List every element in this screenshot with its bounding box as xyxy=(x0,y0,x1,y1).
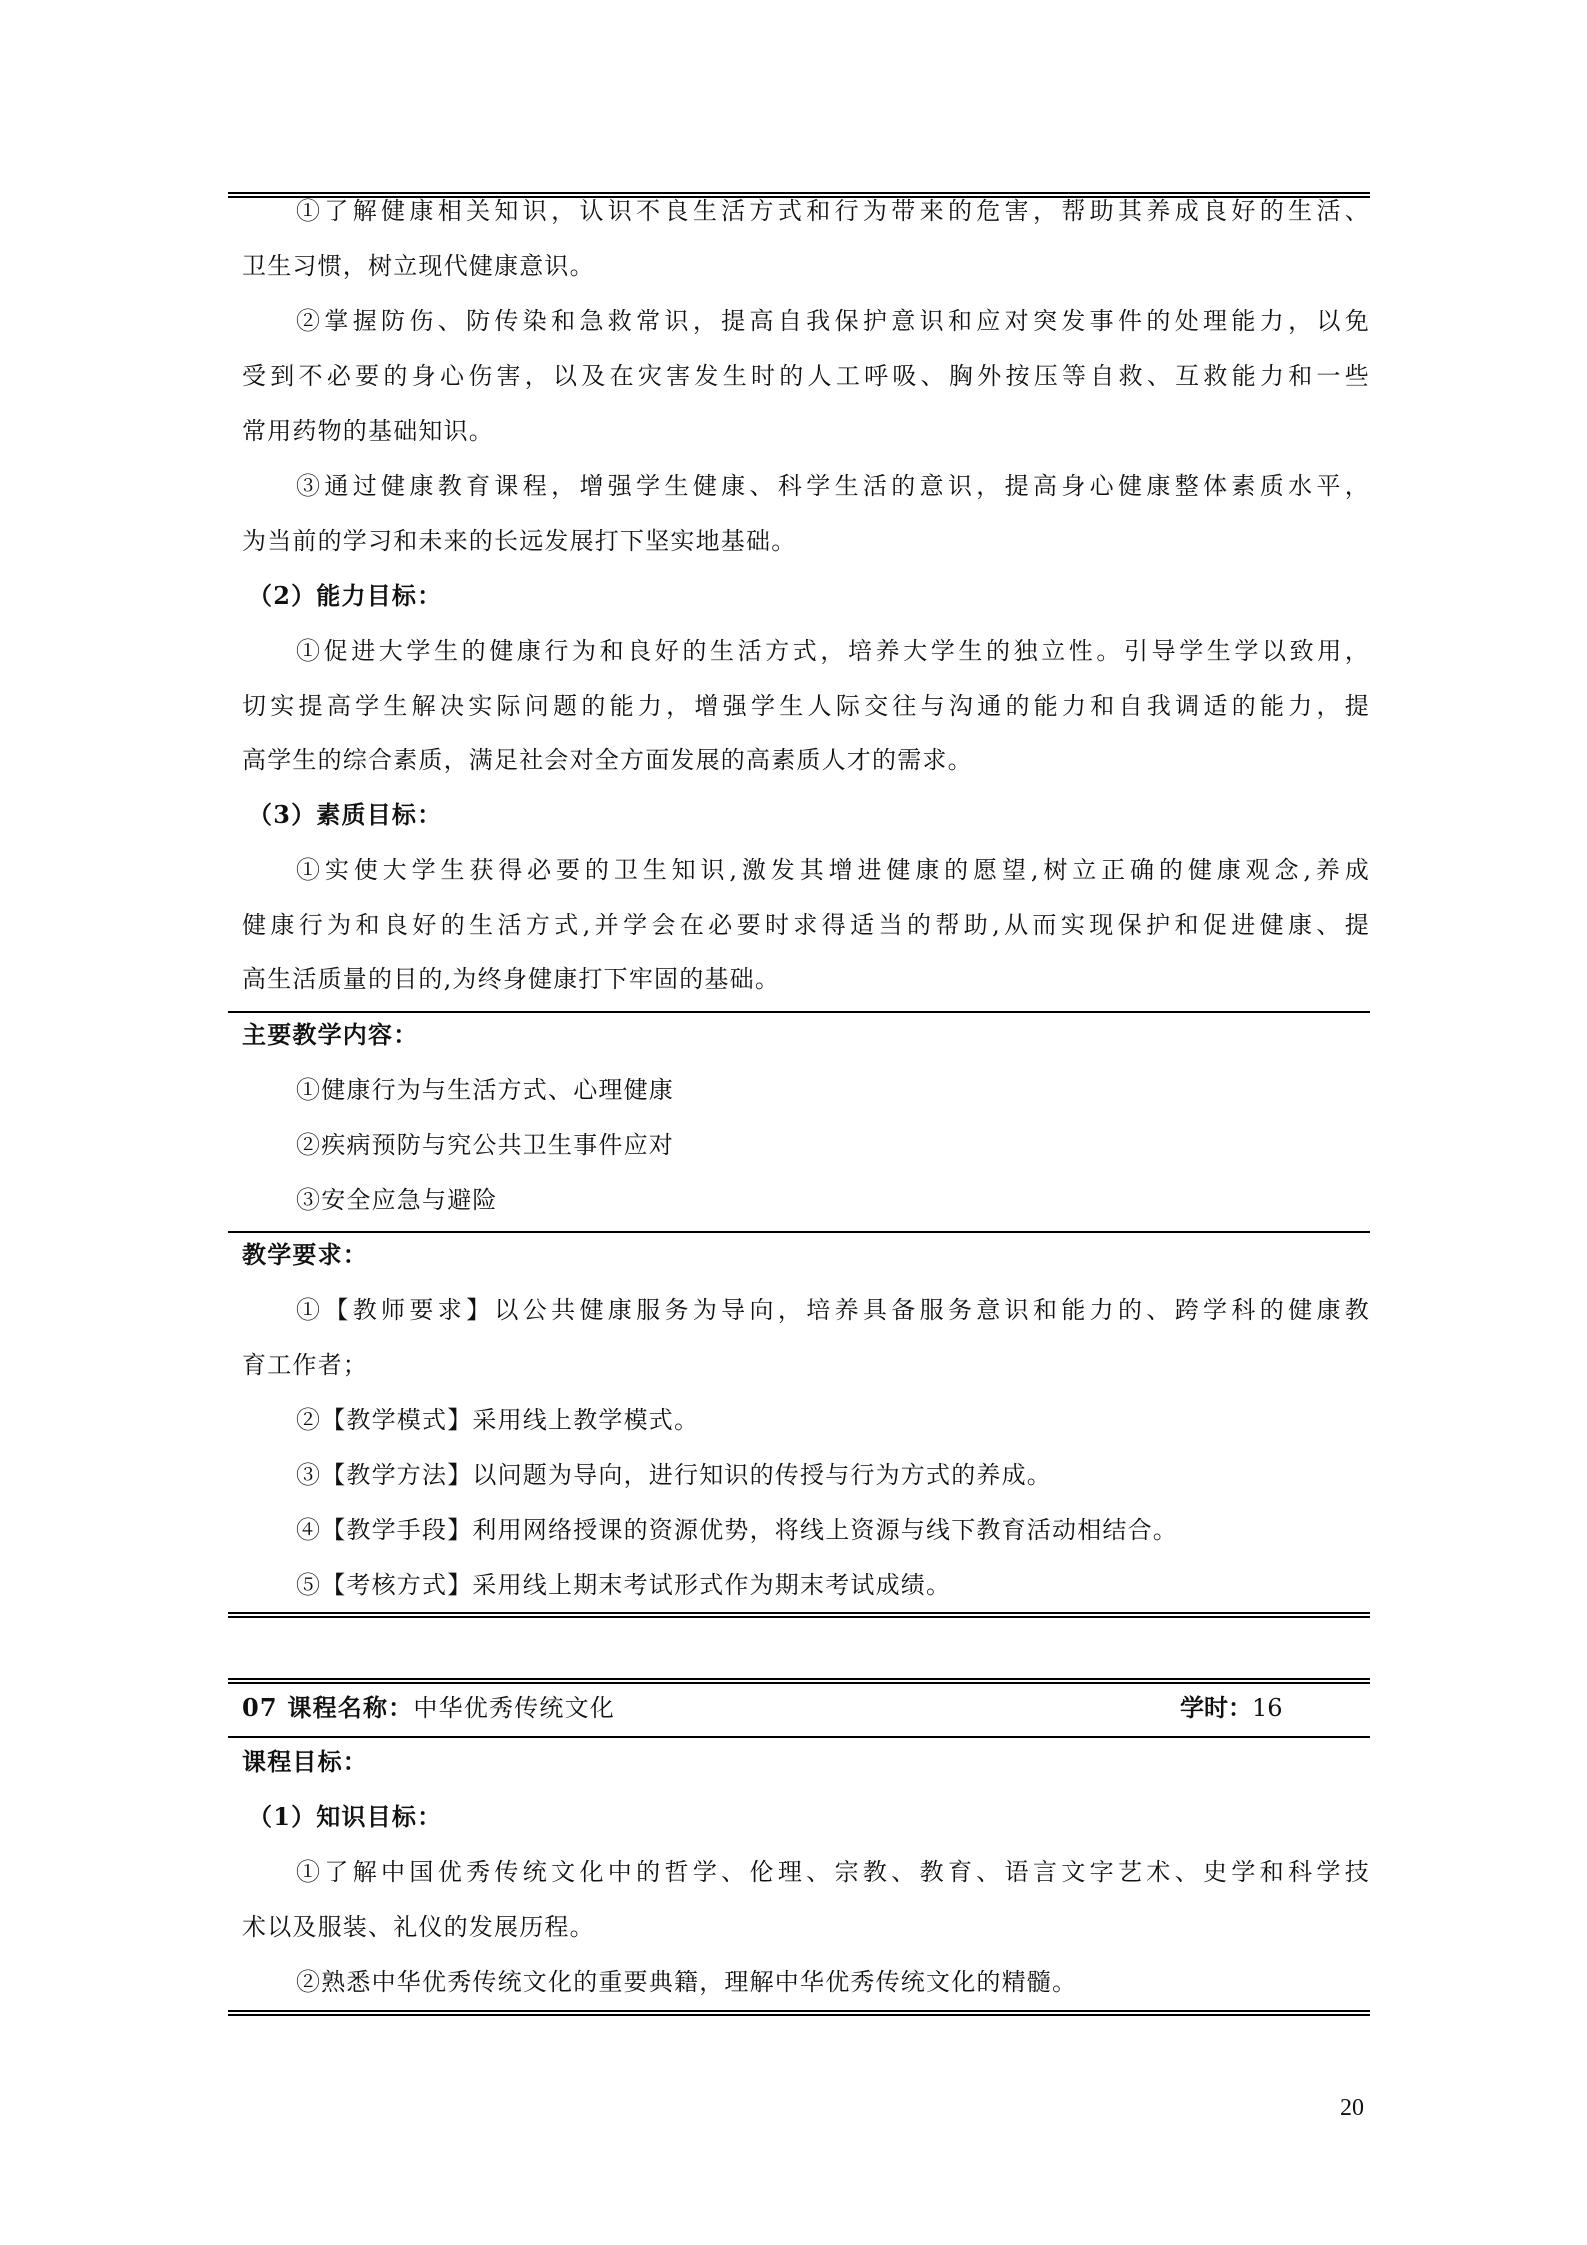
requirement-5: ⑤【考核方式】采用线上期末考试形式作为期末考试成绩。 xyxy=(296,1570,1424,1600)
requirement-1-line-1: ①【教师要求】以公共健康服务为导向，培养具备服务意识和能力的、跨学科的健康教 xyxy=(296,1295,1370,1325)
knowledge-goal-3-line-2: 为当前的学习和未来的长远发展打下坚实地基础。 xyxy=(242,526,1370,556)
section-divider xyxy=(228,1011,1370,1013)
table-bottom-border xyxy=(228,1612,1370,1618)
course-hours-label: 学时： xyxy=(1180,1693,1252,1722)
knowledge-goal-1-line-2: 卫生习惯，树立现代健康意识。 xyxy=(242,251,1370,281)
knowledge-goal-2-line-2: 受到不必要的身心伤害，以及在灾害发生时的人工呼吸、胸外按压等自救、互救能力和一些 xyxy=(242,361,1370,391)
requirements-heading: 教学要求： xyxy=(242,1240,1370,1270)
course-07-knowledge-1-line-1: ①了解中国优秀传统文化中的哲学、伦理、宗教、教育、语言文字艺术、史学和科学技 xyxy=(296,1857,1370,1887)
main-content-item-3: ③安全应急与避险 xyxy=(296,1185,1424,1215)
ability-goals-heading: （2）能力目标： xyxy=(248,581,1376,611)
page-number: 20 xyxy=(1340,2093,1364,2123)
main-content-item-2: ②疾病预防与究公共卫生事件应对 xyxy=(296,1130,1424,1160)
course-07-knowledge-1-line-2: 术以及服装、礼仪的发展历程。 xyxy=(242,1912,1370,1942)
course-07-bottom-border xyxy=(228,2010,1370,2016)
course-07-knowledge-2: ②熟悉中华优秀传统文化的重要典籍，理解中华优秀传统文化的精髓。 xyxy=(296,1967,1424,1997)
course-hours: 学时：16 xyxy=(1180,1693,1283,1723)
quality-goal-line-1: ①实使大学生获得必要的卫生知识,激发其增进健康的愿望,树立正确的健康观念,养成 xyxy=(296,855,1370,885)
quality-goal-line-3: 高生活质量的目的,为终身健康打下牢固的基础。 xyxy=(242,964,1370,994)
quality-goals-heading: （3）素质目标： xyxy=(248,800,1376,830)
course-07-knowledge-heading: （1）知识目标： xyxy=(248,1802,1376,1832)
section-divider xyxy=(228,1231,1370,1233)
main-content-item-1: ①健康行为与生活方式、心理健康 xyxy=(296,1075,1424,1105)
section-divider xyxy=(228,1736,1370,1738)
document-page: ①了解健康相关知识，认识不良生活方式和行为带来的危害，帮助其养成良好的生活、 卫… xyxy=(0,0,1587,2245)
requirement-3: ③【教学方法】以问题为导向，进行知识的传授与行为方式的养成。 xyxy=(296,1460,1424,1490)
main-content-heading: 主要教学内容： xyxy=(242,1020,1370,1050)
course-hours-value: 16 xyxy=(1252,1694,1283,1722)
course-name-label: 课程名称： xyxy=(287,1693,413,1722)
knowledge-goal-3-line-1: ③通过健康教育课程，增强学生健康、科学生活的意识，提高身心健康整体素质水平， xyxy=(296,471,1370,501)
course-number: 07 xyxy=(242,1693,278,1722)
ability-goal-line-2: 切实提高学生解决实际问题的能力，增强学生人际交往与沟通的能力和自我调适的能力，提 xyxy=(242,691,1370,721)
ability-goal-line-3: 高学生的综合素质，满足社会对全方面发展的高素质人才的需求。 xyxy=(242,745,1370,775)
knowledge-goal-1-line-1: ①了解健康相关知识，认识不良生活方式和行为带来的危害，帮助其养成良好的生活、 xyxy=(296,196,1370,226)
knowledge-goal-2-line-1: ②掌握防伤、防传染和急救常识，提高自我保护意识和应对突发事件的处理能力，以免 xyxy=(296,306,1370,336)
course-07-goals-heading: 课程目标： xyxy=(242,1747,1370,1777)
requirement-4: ④【教学手段】利用网络授课的资源优势，将线上资源与线下教育活动相结合。 xyxy=(296,1515,1424,1545)
requirement-2: ②【教学模式】采用线上教学模式。 xyxy=(296,1405,1424,1435)
quality-goal-line-2: 健康行为和良好的生活方式,并学会在必要时求得适当的帮助,从而实现保护和促进健康、… xyxy=(242,910,1370,940)
course-name-value: 中华优秀传统文化 xyxy=(413,1694,615,1722)
ability-goal-line-1: ①促进大学生的健康行为和良好的生活方式，培养大学生的独立性。引导学生学以致用， xyxy=(296,636,1370,666)
knowledge-goal-2-line-3: 常用药物的基础知识。 xyxy=(242,416,1370,446)
requirement-1-line-2: 育工作者； xyxy=(242,1350,1370,1380)
course-07-top-border xyxy=(228,1678,1370,1684)
